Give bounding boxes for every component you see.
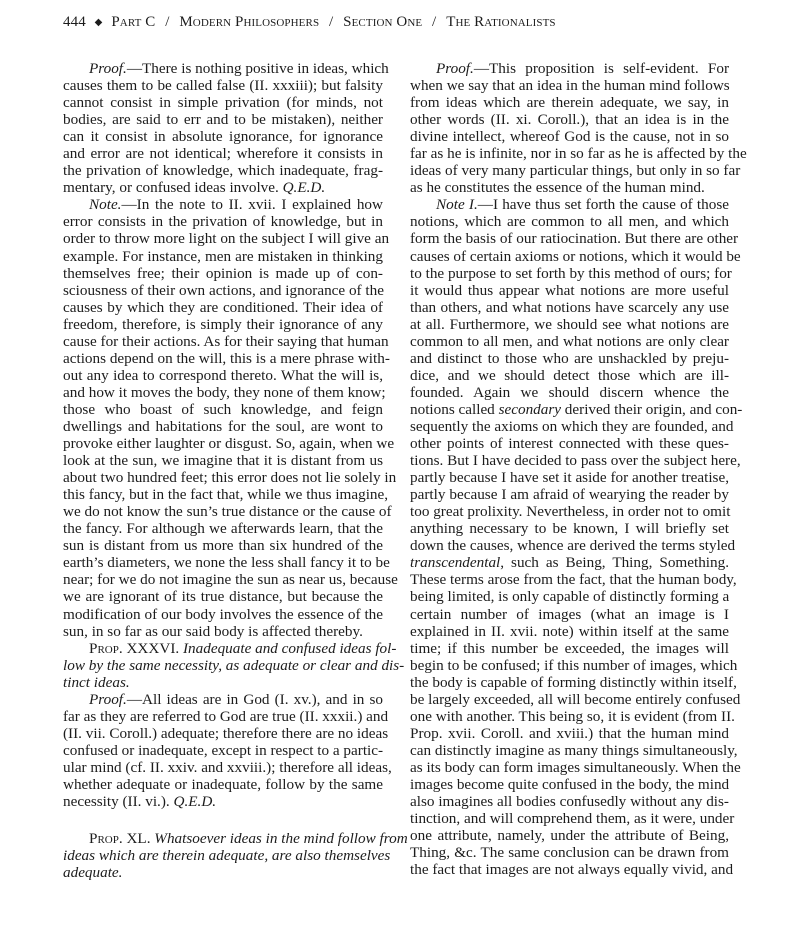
italic-text: secondary xyxy=(499,401,561,418)
text-segment: founded. Again we should discern whence … xyxy=(410,384,729,401)
text-line: one with another. This being so, it is e… xyxy=(410,708,729,725)
text-segment: also imagines all bodies confusedly with… xyxy=(410,793,729,810)
text-line: the body is capable of forming distinctl… xyxy=(410,674,729,691)
text-segment: Prop. xvii. Coroll. and xviii.) that the… xyxy=(410,725,729,742)
text-line: out any idea to correspond thereto. What… xyxy=(63,367,383,384)
text-line: mentary, or confused ideas involve. Q.E.… xyxy=(63,179,383,196)
text-line: from ideas which are therein adequate, w… xyxy=(410,94,729,111)
text-segment: down the causes, whence are derived the … xyxy=(410,537,735,554)
text-segment: dice, and we should detect those which a… xyxy=(410,367,729,384)
text-line: Prop. XL. Whatsoever ideas in the mind f… xyxy=(63,830,383,847)
text-segment: and distinct to those who are unshackled… xyxy=(410,350,729,367)
text-segment: we are ignorant of its true distance, bu… xyxy=(63,588,383,605)
text-line: sequently the axioms on which they are f… xyxy=(410,418,729,435)
text-segment: freedom, therefore, is simply their igno… xyxy=(63,316,383,333)
text-segment: partly because I have set it aside for a… xyxy=(410,469,729,486)
text-segment: (II. vii. Coroll.) adequate; therefore t… xyxy=(63,725,388,742)
text-line: near; for we do not imagine the sun as n… xyxy=(63,571,383,588)
text-line: down the causes, whence are derived the … xyxy=(410,537,729,554)
text-line: Note.—In the note to II. xvii. I explain… xyxy=(63,196,383,213)
text-line: founded. Again we should discern whence … xyxy=(410,384,729,401)
text-line: than others, and what notions have scarc… xyxy=(410,299,729,316)
text-segment: tinction, and will comprehend them, as i… xyxy=(410,810,734,827)
text-segment: the privation of knowledge, which inadeq… xyxy=(63,162,383,179)
part-label: Part C xyxy=(111,14,155,30)
text-segment: far as they are referred to God are true… xyxy=(63,708,388,725)
text-segment: out any idea to correspond thereto. What… xyxy=(63,367,383,384)
text-line: error consists in the privation of knowl… xyxy=(63,213,383,230)
text-line: ular mind (cf. II. xxiv. and xxviii.); t… xyxy=(63,759,383,776)
text-line: form the basis of our ratiocination. But… xyxy=(410,230,729,247)
separator: / xyxy=(165,14,169,30)
text-line: divine intellect, whereof God is the cau… xyxy=(410,128,729,145)
separator: / xyxy=(329,14,333,30)
text-line: Prop. xvii. Coroll. and xviii.) that the… xyxy=(410,725,729,742)
italic-text: low by the same necessity, as adequate o… xyxy=(63,657,404,674)
italic-text: Inadequate and confused ideas fol- xyxy=(183,640,396,657)
text-segment: near; for we do not imagine the sun as n… xyxy=(63,571,398,588)
text-segment: it would thus appear what notions are mo… xyxy=(410,282,729,299)
text-line: time; if this number be exceeded, the im… xyxy=(410,640,729,657)
text-line: far as they are referred to God are true… xyxy=(63,708,383,725)
italic-text: ideas which are therein adequate, are al… xyxy=(63,847,390,864)
text-segment: —I have thus set forth the cause of thos… xyxy=(478,196,729,213)
italic-text: Proof. xyxy=(436,60,474,77)
text-line: other points of interest connected with … xyxy=(410,435,729,452)
text-segment: be largely exceeded, all will become ent… xyxy=(410,691,740,708)
text-line: notions, which are common to all men, an… xyxy=(410,213,729,230)
text-line: at all. Furthermore, we should see what … xyxy=(410,316,729,333)
text-segment: —This proposition is self-evident. For xyxy=(474,60,729,77)
text-line: this fancy, but in the fact that, while … xyxy=(63,486,383,503)
text-segment: to the purpose to set forth by this meth… xyxy=(410,265,732,282)
right-column: Proof.—This proposition is self-evident.… xyxy=(410,60,729,878)
text-line: common to all men, and what notions are … xyxy=(410,333,729,350)
text-segment: about two hundred feet; this error does … xyxy=(63,469,396,486)
italic-text: transcendental xyxy=(410,554,500,571)
text-segment: whether adequate or inadequate, follow b… xyxy=(63,776,383,793)
text-segment: earth’s diameters, we none the less shal… xyxy=(63,554,390,571)
text-segment: one attribute, namely, under the attribu… xyxy=(410,827,729,844)
text-segment: mentary, or confused ideas involve. xyxy=(63,179,283,196)
text-line: those who boast of such knowledge, and f… xyxy=(63,401,383,418)
text-segment: time; if this number be exceeded, the im… xyxy=(410,640,729,657)
text-segment: anything necessary to be known, I will b… xyxy=(410,520,729,537)
text-segment: sciousness of their own actions, and ign… xyxy=(63,282,384,299)
text-segment: we do not know the sun’s true distance o… xyxy=(63,503,392,520)
italic-text: Note I. xyxy=(436,196,478,213)
text-line: order to throw more light on the subject… xyxy=(63,230,383,247)
italic-text: Whatsoever ideas in the mind follow from xyxy=(154,830,407,847)
text-line: sun is distant from us more than six hun… xyxy=(63,537,383,554)
text-segment: causes by which they are conditioned. Th… xyxy=(63,299,383,316)
text-segment: from ideas which are therein adequate, w… xyxy=(410,94,729,111)
text-segment: and how it moves the body, they none of … xyxy=(63,384,386,401)
text-line: anything necessary to be known, I will b… xyxy=(410,520,729,537)
text-line: can it consist in absolute ignorance, fo… xyxy=(63,128,383,145)
text-segment: Thing, &c. The same conclusion can be dr… xyxy=(410,844,729,861)
text-segment: begin to be confused; if this number of … xyxy=(410,657,737,674)
text-line: begin to be confused; if this number of … xyxy=(410,657,729,674)
text-line: look at the sun, we imagine that it is d… xyxy=(63,452,383,469)
page-number: 444 xyxy=(63,14,86,30)
text-segment: and error are not identical; wherefore i… xyxy=(63,145,383,162)
text-line: actions depend on the will, this is a me… xyxy=(63,350,383,367)
text-segment: themselves free; their opinion is made u… xyxy=(63,265,383,282)
text-line: sciousness of their own actions, and ign… xyxy=(63,282,383,299)
text-line: we are ignorant of its true distance, bu… xyxy=(63,588,383,605)
text-segment: cannot consist in simple privation (for … xyxy=(63,94,383,111)
text-segment: explained in II. xvii. note) within itse… xyxy=(410,623,729,640)
running-head: 444 ◆ Part C / Modern Philosophers / Sec… xyxy=(63,14,556,31)
text-segment: as its body can form images simultaneous… xyxy=(410,759,741,776)
text-line: cannot consist in simple privation (for … xyxy=(63,94,383,111)
text-segment: can distinctly imagine as many things si… xyxy=(410,742,738,759)
text-line: and distinct to those who are unshackled… xyxy=(410,350,729,367)
text-segment: sequently the axioms on which they are f… xyxy=(410,418,734,435)
text-line: notions called secondary derived their o… xyxy=(410,401,729,418)
text-segment: These terms arose from the fact, that th… xyxy=(410,571,737,588)
text-line: too great prolixity. Nevertheless, in or… xyxy=(410,503,729,520)
italic-text: Proof. xyxy=(89,60,127,77)
text-line: the fact that images are not always equa… xyxy=(410,861,729,878)
text-segment: notions, which are common to all men, an… xyxy=(410,213,729,230)
text-line: it would thus appear what notions are mo… xyxy=(410,282,729,299)
text-segment: notions called xyxy=(410,401,499,418)
text-segment: bodies, are said to err and to be mistak… xyxy=(63,111,383,128)
text-line: tinct ideas. xyxy=(63,674,383,691)
text-segment: as he constitutes the essence of the hum… xyxy=(410,179,705,196)
text-line: about two hundred feet; this error does … xyxy=(63,469,383,486)
text-line: Proof.—This proposition is self-evident.… xyxy=(410,60,729,77)
italic-text: adequate. xyxy=(63,864,122,881)
text-line: ideas which are therein adequate, are al… xyxy=(63,847,383,864)
text-line: explained in II. xvii. note) within itse… xyxy=(410,623,729,640)
text-segment: XXXVI. xyxy=(123,640,183,657)
text-line: bodies, are said to err and to be mistak… xyxy=(63,111,383,128)
text-line: causes of certain axioms or notions, whi… xyxy=(410,248,729,265)
text-line: and how it moves the body, they none of … xyxy=(63,384,383,401)
small-caps-text: Prop. xyxy=(89,640,123,657)
text-segment: certain number of images (what an image … xyxy=(410,606,729,623)
text-segment: derived their origin, and con- xyxy=(561,401,742,418)
text-line: adequate. xyxy=(63,864,383,881)
text-line: Proof.—There is nothing positive in idea… xyxy=(63,60,383,77)
text-line: the fancy. For although we afterwards le… xyxy=(63,520,383,537)
text-line: partly because I have set it aside for a… xyxy=(410,469,729,486)
text-segment: modification of our body involves the es… xyxy=(63,606,383,623)
text-line: Prop. XXXVI. Inadequate and confused ide… xyxy=(63,640,383,657)
text-line: tions. But I have decided to pass over t… xyxy=(410,452,729,469)
text-line: necessity (II. vi.). Q.E.D. xyxy=(63,793,383,810)
text-line: modification of our body involves the es… xyxy=(63,606,383,623)
text-line: themselves free; their opinion is made u… xyxy=(63,265,383,282)
text-segment: far as he is infinite, nor in so far as … xyxy=(410,145,747,162)
text-line: whether adequate or inadequate, follow b… xyxy=(63,776,383,793)
text-line: confused or inadequate, except in respec… xyxy=(63,742,383,759)
section-group-label: Modern Philosophers xyxy=(179,14,319,30)
text-segment: than others, and what notions have scarc… xyxy=(410,299,729,316)
text-line: be largely exceeded, all will become ent… xyxy=(410,691,729,708)
text-segment: other words (II. xi. Coroll.), that an i… xyxy=(410,111,729,128)
text-line: Proof.—All ideas are in God (I. xv.), an… xyxy=(63,691,383,708)
text-line: freedom, therefore, is simply their igno… xyxy=(63,316,383,333)
text-segment: —In the note to II. xvii. I explained ho… xyxy=(121,196,383,213)
text-line: certain number of images (what an image … xyxy=(410,606,729,623)
text-line: also imagines all bodies confusedly with… xyxy=(410,793,729,810)
text-segment: the body is capable of forming distinctl… xyxy=(410,674,737,691)
italic-text: tinct ideas. xyxy=(63,674,130,691)
text-line: Thing, &c. The same conclusion can be dr… xyxy=(410,844,729,861)
text-line: tinction, and will comprehend them, as i… xyxy=(410,810,729,827)
text-segment: being limited, is only capable of distin… xyxy=(410,588,729,605)
text-line: partly because I am afraid of wearying t… xyxy=(410,486,729,503)
text-line: we do not know the sun’s true distance o… xyxy=(63,503,383,520)
chapter-label: The Rationalists xyxy=(446,14,555,30)
text-line: (II. vii. Coroll.) adequate; therefore t… xyxy=(63,725,383,742)
text-line: provoke either laughter or disgust. So, … xyxy=(63,435,383,452)
text-segment: images become quite confused in the body… xyxy=(410,776,729,793)
text-line: when we say that an idea in the human mi… xyxy=(410,77,729,94)
text-line: far as he is infinite, nor in so far as … xyxy=(410,145,729,162)
text-line: earth’s diameters, we none the less shal… xyxy=(63,554,383,571)
text-line: as he constitutes the essence of the hum… xyxy=(410,179,729,196)
text-line xyxy=(63,810,383,830)
text-line: sun, in so far as our said body is affec… xyxy=(63,623,383,640)
text-segment: confused or inadequate, except in respec… xyxy=(63,742,383,759)
text-segment: tions. But I have decided to pass over t… xyxy=(410,452,741,469)
text-line: can distinctly imagine as many things si… xyxy=(410,742,729,759)
text-segment: cause for their actions. As for their sa… xyxy=(63,333,389,350)
text-line: cause for their actions. As for their sa… xyxy=(63,333,383,350)
text-line: being limited, is only capable of distin… xyxy=(410,588,729,605)
italic-text: Note. xyxy=(89,196,121,213)
text-line: the privation of knowledge, which inadeq… xyxy=(63,162,383,179)
diamond-icon: ◆ xyxy=(95,17,103,28)
text-segment: error consists in the privation of knowl… xyxy=(63,213,383,230)
text-line: other words (II. xi. Coroll.), that an i… xyxy=(410,111,729,128)
text-segment: causes of certain axioms or notions, whi… xyxy=(410,248,741,265)
text-line: example. For instance, men are mistaken … xyxy=(63,248,383,265)
text-segment: ideas of very many particular things, bu… xyxy=(410,162,740,179)
text-segment: example. For instance, men are mistaken … xyxy=(63,248,383,265)
text-segment: dwellings and habitations for the soul, … xyxy=(63,418,383,435)
text-segment: necessity (II. vi.). xyxy=(63,793,174,810)
left-column: Proof.—There is nothing positive in idea… xyxy=(63,60,383,881)
text-segment: those who boast of such knowledge, and f… xyxy=(63,401,383,418)
text-line: These terms arose from the fact, that th… xyxy=(410,571,729,588)
text-segment: XL. xyxy=(123,830,155,847)
text-segment: this fancy, but in the fact that, while … xyxy=(63,486,388,503)
text-line: dwellings and habitations for the soul, … xyxy=(63,418,383,435)
italic-text: Proof. xyxy=(89,691,127,708)
small-caps-text: Prop. xyxy=(89,830,123,847)
text-segment: the fancy. For although we afterwards le… xyxy=(63,520,383,537)
text-segment: divine intellect, whereof God is the cau… xyxy=(410,128,729,145)
text-line: ideas of very many particular things, bu… xyxy=(410,162,729,179)
text-segment: too great prolixity. Nevertheless, in or… xyxy=(410,503,730,520)
text-line: transcendental, such as Being, Thing, So… xyxy=(410,554,729,571)
text-line: to the purpose to set forth by this meth… xyxy=(410,265,729,282)
text-segment: , such as Being, Thing, Something. xyxy=(500,554,729,571)
text-segment: can it consist in absolute ignorance, fo… xyxy=(63,128,383,145)
text-segment: form the basis of our ratiocination. But… xyxy=(410,230,738,247)
text-segment: causes them to be called false (II. xxxi… xyxy=(63,77,383,94)
text-line: Note I.—I have thus set forth the cause … xyxy=(410,196,729,213)
text-segment: at all. Furthermore, we should see what … xyxy=(410,316,729,333)
separator: / xyxy=(432,14,436,30)
text-line: and error are not identical; wherefore i… xyxy=(63,145,383,162)
text-line: one attribute, namely, under the attribu… xyxy=(410,827,729,844)
text-segment: one with another. This being so, it is e… xyxy=(410,708,735,725)
text-line: causes them to be called false (II. xxxi… xyxy=(63,77,383,94)
text-segment: sun is distant from us more than six hun… xyxy=(63,537,383,554)
text-segment: —There is nothing positive in ideas, whi… xyxy=(127,60,389,77)
text-segment: partly because I am afraid of wearying t… xyxy=(410,486,729,503)
italic-text: Q.E.D. xyxy=(174,793,217,810)
section-label: Section One xyxy=(343,14,422,30)
text-segment: actions depend on the will, this is a me… xyxy=(63,350,390,367)
text-segment: when we say that an idea in the human mi… xyxy=(410,77,730,94)
text-segment: —All ideas are in God (I. xv.), and in s… xyxy=(127,691,383,708)
text-segment: other points of interest connected with … xyxy=(410,435,729,452)
text-line: low by the same necessity, as adequate o… xyxy=(63,657,383,674)
text-segment: provoke either laughter or disgust. So, … xyxy=(63,435,394,452)
text-line: images become quite confused in the body… xyxy=(410,776,729,793)
text-line: as its body can form images simultaneous… xyxy=(410,759,729,776)
text-segment: the fact that images are not always equa… xyxy=(410,861,733,878)
text-segment: look at the sun, we imagine that it is d… xyxy=(63,452,383,469)
text-segment: common to all men, and what notions are … xyxy=(410,333,729,350)
text-segment: order to throw more light on the subject… xyxy=(63,230,389,247)
text-line: dice, and we should detect those which a… xyxy=(410,367,729,384)
text-segment: ular mind (cf. II. xxiv. and xxviii.); t… xyxy=(63,759,392,776)
italic-text: Q.E.D. xyxy=(283,179,326,196)
text-line: causes by which they are conditioned. Th… xyxy=(63,299,383,316)
text-segment: sun, in so far as our said body is affec… xyxy=(63,623,363,640)
